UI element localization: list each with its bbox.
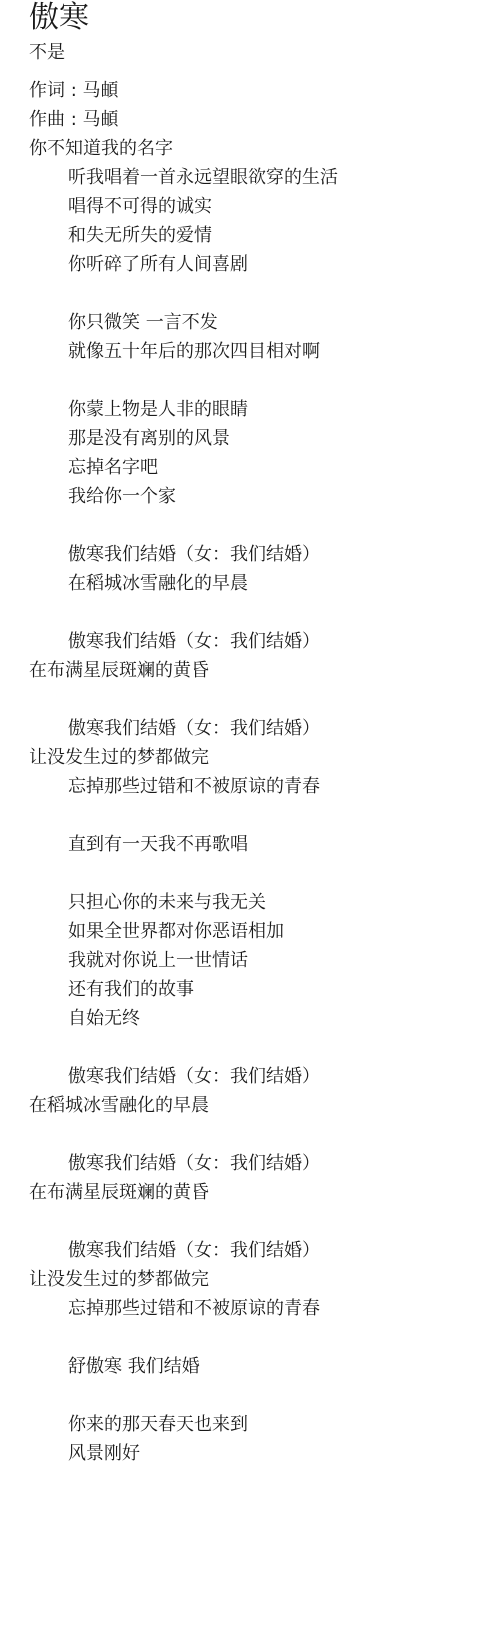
lyric-line: 傲寒我们结婚（女：我们结婚） <box>29 540 489 569</box>
lyric-line: 听我唱着一首永远望眼欲穿的生活 <box>29 163 489 192</box>
lyric-blank-line <box>29 279 489 308</box>
lyrics-page: 傲寒 不是 作词 : 马頔 作曲 : 马頔 你不知道我的名字听我唱着一首永远望眼… <box>29 0 489 1468</box>
lyric-blank-line <box>29 1207 489 1236</box>
lyric-line: 风景刚好 <box>29 1439 489 1468</box>
lyric-line: 你蒙上物是人非的眼睛 <box>29 395 489 424</box>
lyric-line: 傲寒我们结婚（女：我们结婚） <box>29 1062 489 1091</box>
lyric-line: 我给你一个家 <box>29 482 489 511</box>
lyric-line: 在稻城冰雪融化的早晨 <box>29 569 489 598</box>
lyric-line: 还有我们的故事 <box>29 975 489 1004</box>
lyric-line: 让没发生过的梦都做完 <box>29 743 489 772</box>
lyric-line: 我就对你说上一世情话 <box>29 946 489 975</box>
lyric-blank-line <box>29 1033 489 1062</box>
lyric-line: 你听碎了所有人间喜剧 <box>29 250 489 279</box>
lyric-line: 忘掉名字吧 <box>29 453 489 482</box>
lyric-line: 自始无终 <box>29 1004 489 1033</box>
lyric-line: 只担心你的未来与我无关 <box>29 888 489 917</box>
lyric-blank-line <box>29 1323 489 1352</box>
lyric-blank-line <box>29 801 489 830</box>
lyric-line: 在布满星辰斑斓的黄昏 <box>29 656 489 685</box>
lyric-line: 你不知道我的名字 <box>29 134 489 163</box>
lyric-line: 如果全世界都对你恶语相加 <box>29 917 489 946</box>
lyric-line: 让没发生过的梦都做完 <box>29 1265 489 1294</box>
lyric-line: 你来的那天春天也来到 <box>29 1410 489 1439</box>
composer-credit: 作曲 : 马頔 <box>29 105 489 134</box>
lyric-line: 和失无所失的爱情 <box>29 221 489 250</box>
lyric-line: 傲寒我们结婚（女：我们结婚） <box>29 627 489 656</box>
lyric-line: 你只微笑 一言不发 <box>29 308 489 337</box>
lyric-line: 舒傲寒 我们结婚 <box>29 1352 489 1381</box>
lyric-blank-line <box>29 1120 489 1149</box>
lyric-line: 在布满星辰斑斓的黄昏 <box>29 1178 489 1207</box>
lyric-blank-line <box>29 859 489 888</box>
lyrics-body: 作词 : 马頔 作曲 : 马頔 你不知道我的名字听我唱着一首永远望眼欲穿的生活唱… <box>29 76 489 1468</box>
lyric-line: 傲寒我们结婚（女：我们结婚） <box>29 714 489 743</box>
lyric-line: 那是没有离别的风景 <box>29 424 489 453</box>
lyric-line: 傲寒我们结婚（女：我们结婚） <box>29 1236 489 1265</box>
lyric-line: 忘掉那些过错和不被原谅的青春 <box>29 772 489 801</box>
lyric-blank-line <box>29 685 489 714</box>
lyric-blank-line <box>29 1381 489 1410</box>
lyric-blank-line <box>29 366 489 395</box>
lyric-blank-line <box>29 598 489 627</box>
lyric-line: 傲寒我们结婚（女：我们结婚） <box>29 1149 489 1178</box>
lyricist-credit: 作词 : 马頔 <box>29 76 489 105</box>
lyric-lines: 你不知道我的名字听我唱着一首永远望眼欲穿的生活唱得不可得的诚实和失无所失的爱情你… <box>29 134 489 1468</box>
song-title: 傲寒 <box>29 0 489 36</box>
lyric-blank-line <box>29 511 489 540</box>
lyric-line: 忘掉那些过错和不被原谅的青春 <box>29 1294 489 1323</box>
lyric-line: 唱得不可得的诚实 <box>29 192 489 221</box>
lyric-line: 直到有一天我不再歌唱 <box>29 830 489 859</box>
lyric-line: 在稻城冰雪融化的早晨 <box>29 1091 489 1120</box>
lyric-line: 就像五十年后的那次四目相对啊 <box>29 337 489 366</box>
song-artist: 不是 <box>29 38 489 67</box>
